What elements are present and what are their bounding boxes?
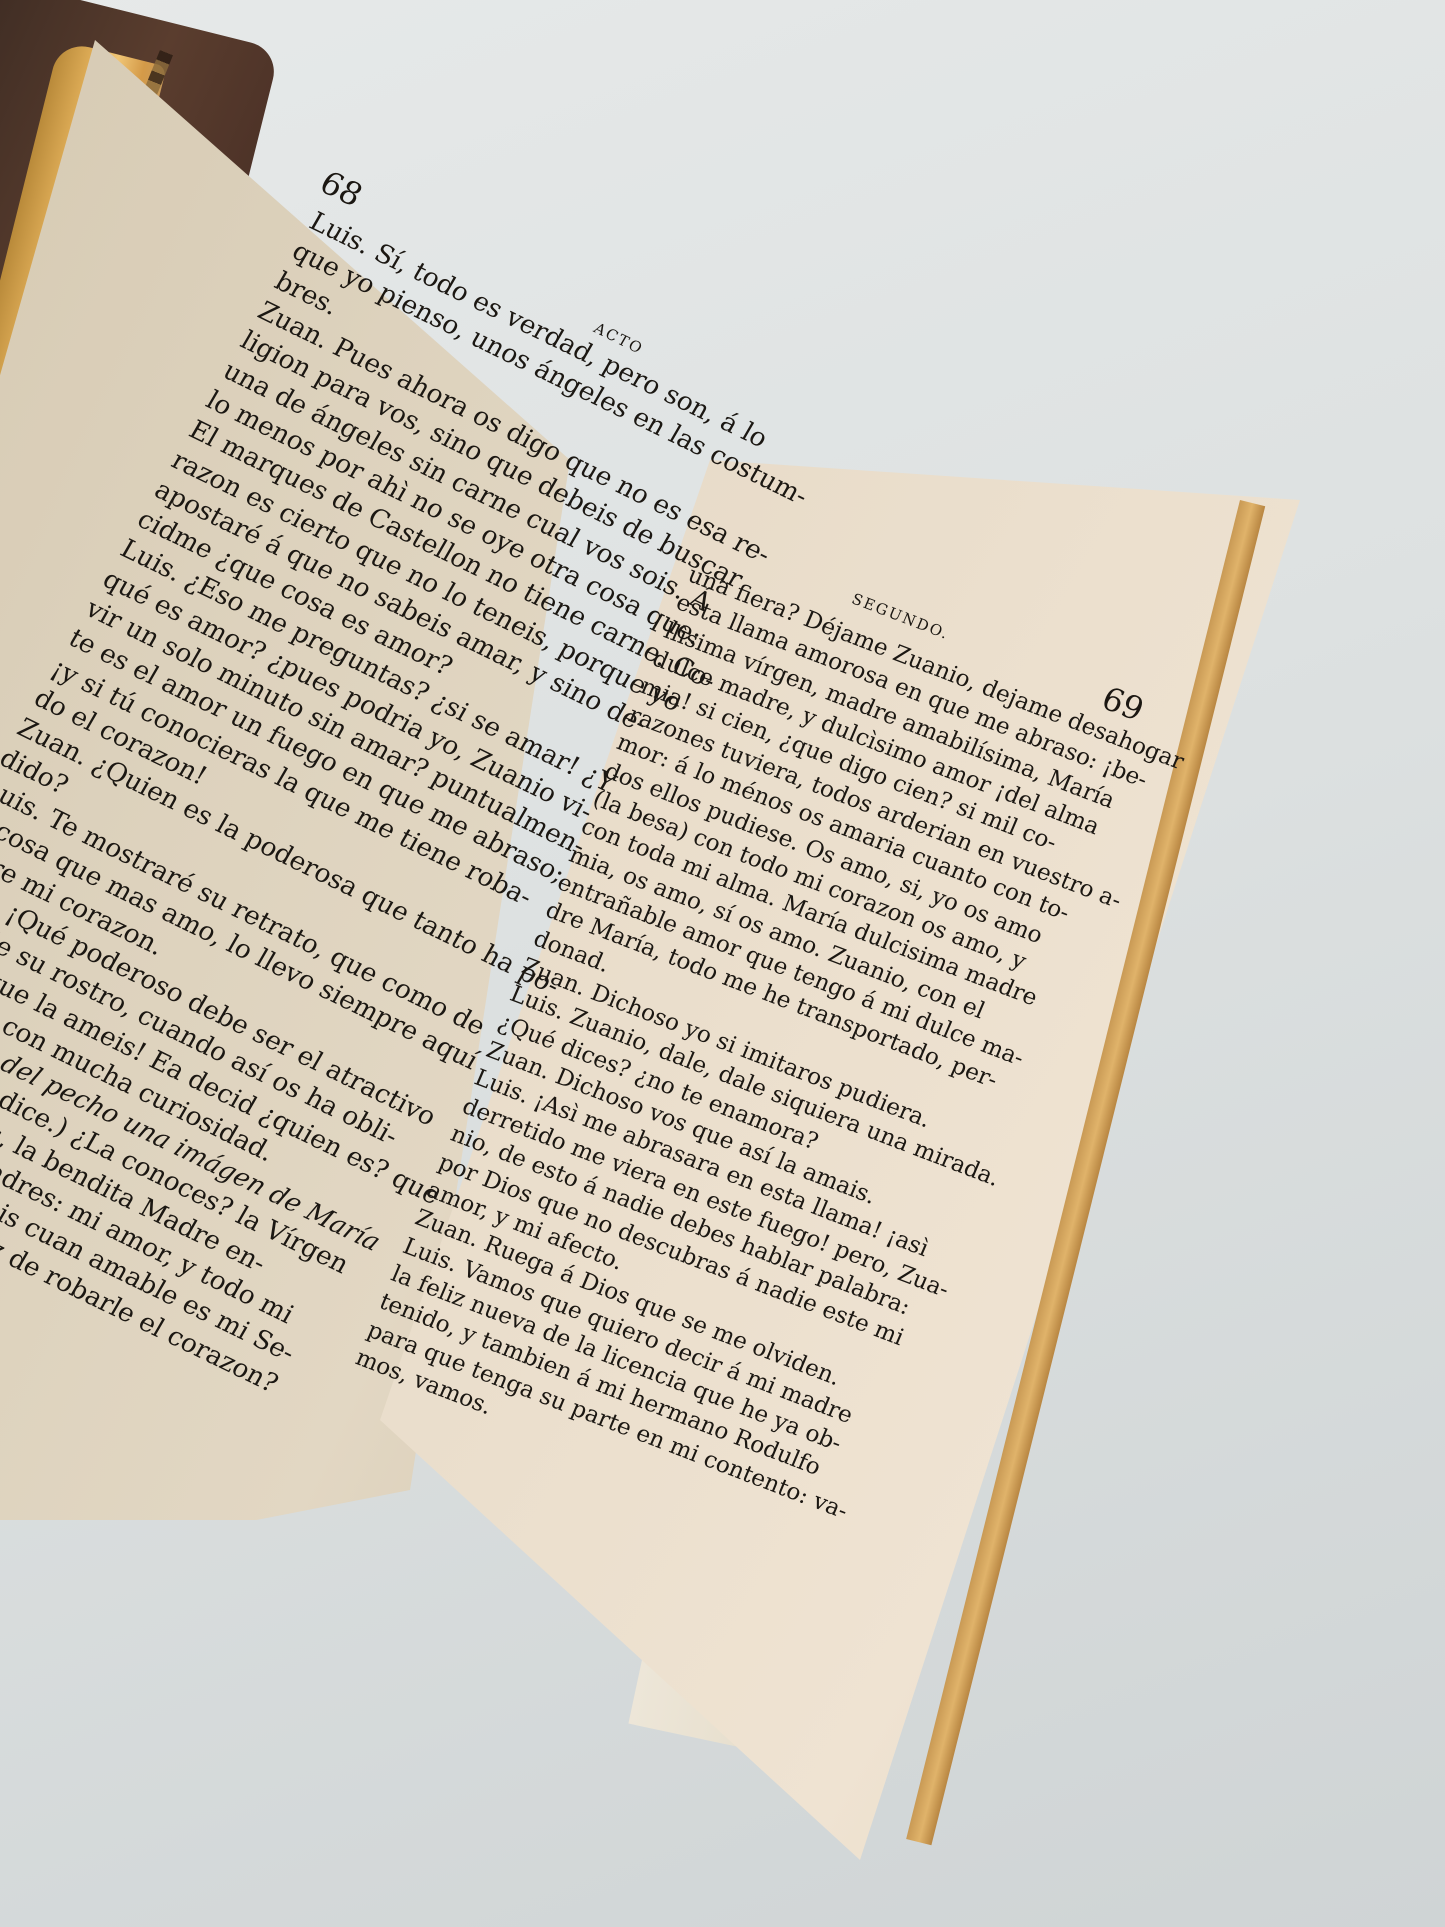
photo-scene: 68 ACTO Luis. Sí, todo es verdad, pero s… — [0, 0, 1445, 1927]
